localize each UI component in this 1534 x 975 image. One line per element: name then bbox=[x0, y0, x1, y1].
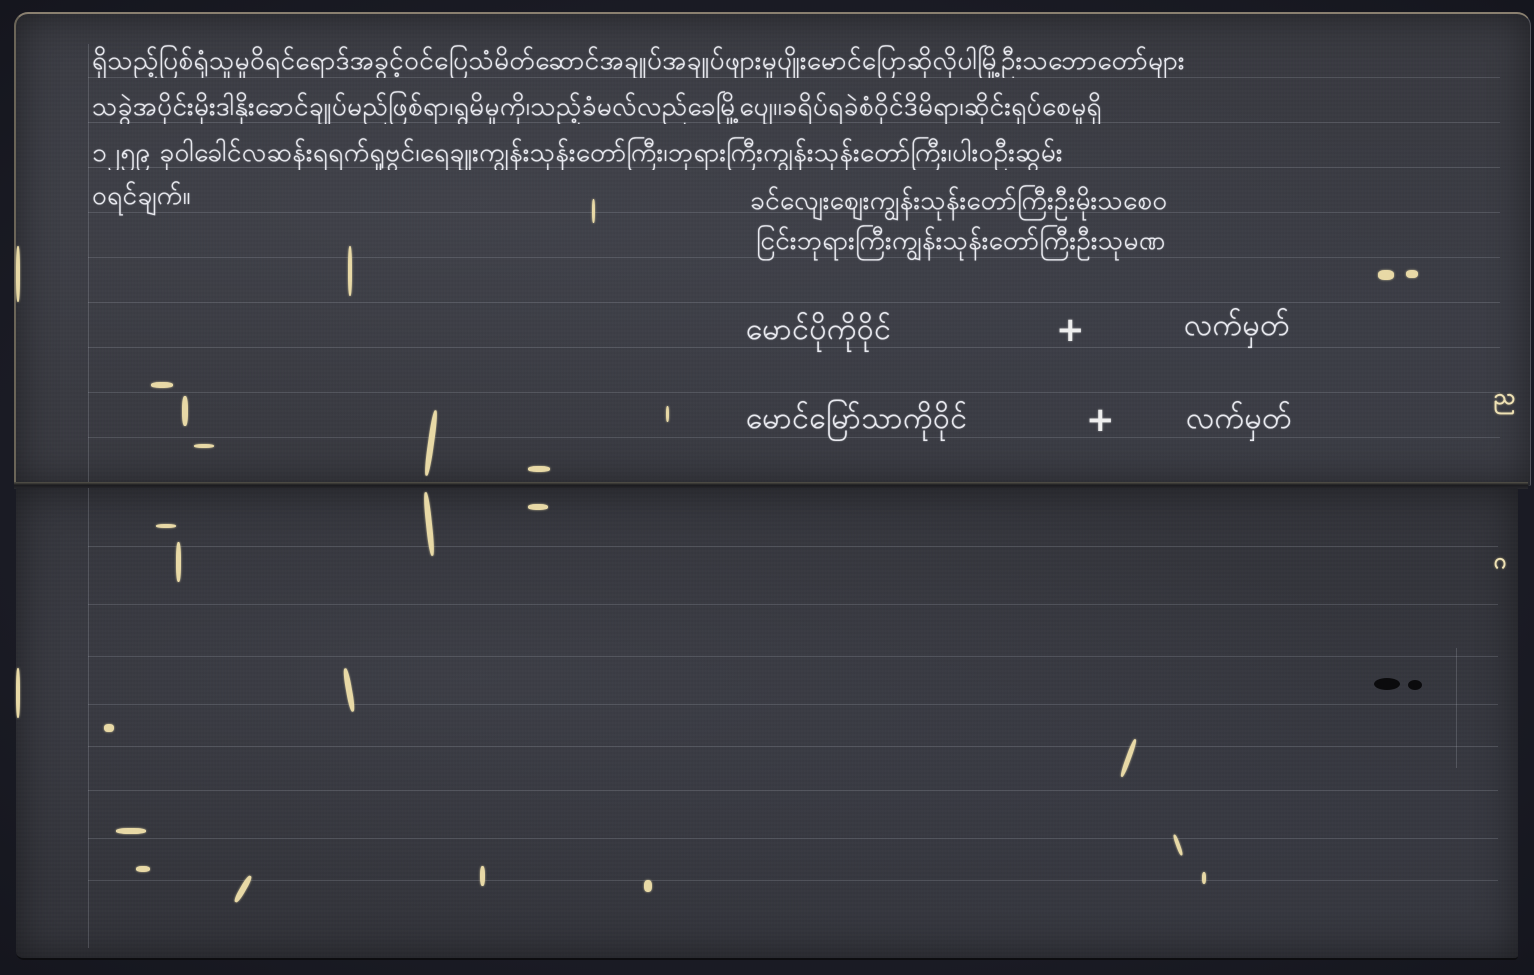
ruled-line bbox=[88, 838, 1498, 839]
damage-spot bbox=[104, 724, 114, 732]
damage-spot bbox=[176, 542, 181, 582]
damage-spot bbox=[480, 866, 485, 886]
damage-spot bbox=[16, 668, 20, 718]
ruled-line bbox=[88, 704, 1498, 705]
damage-spot bbox=[116, 828, 146, 834]
hole bbox=[1408, 680, 1422, 690]
ruled-line bbox=[88, 790, 1498, 791]
ruled-line bbox=[88, 392, 1500, 393]
ruled-line bbox=[88, 656, 1498, 657]
paragraph-line-3: ၁၂၅၉ ခုဝါခေါင်လဆန်းရရက်ရှုဗွင်၊ရေချုးကျွ… bbox=[92, 136, 1437, 170]
paragraph-line-2: သခွဲအပိုင်းမိုးဒါနိုးခောင်ချုပ်မည်ဖြစ်ရာ… bbox=[92, 90, 1437, 124]
damage-spot bbox=[156, 524, 176, 528]
hole bbox=[1374, 678, 1400, 690]
damage-spot bbox=[182, 396, 188, 426]
paragraph-line-4: ဝရင်ချက်။ bbox=[92, 179, 191, 213]
paragraph-line-1: ရှိသည့်ပြစ်ရုံသူမှုဝိရင်ရောဒ်အခွင့်ဝင်ပြ… bbox=[92, 44, 1437, 78]
ruled-line bbox=[88, 302, 1500, 303]
left-margin-rule bbox=[88, 488, 89, 948]
right-margin-rule bbox=[1456, 648, 1457, 768]
entry-1-signature: လက်မှတ် bbox=[1184, 306, 1290, 346]
damage-spot bbox=[1119, 738, 1137, 777]
entry-1-name: မောင်ပိုကိုဝိုင် bbox=[746, 310, 891, 350]
folio-top-panel: ရှိသည့်ပြစ်ရုံသူမှုဝိရင်ရောဒ်အခွင့်ဝင်ပြ… bbox=[14, 12, 1531, 486]
entry-2-cross-mark: + bbox=[1086, 400, 1115, 440]
witness-line-1: ခင်လျေးစျေးကျွန်းသုန်းတော်ကြီးဦးမိုးသစေဝ bbox=[750, 184, 1168, 218]
page-marker-top: ည bbox=[1494, 382, 1515, 415]
entry-1-cross-mark: + bbox=[1056, 310, 1085, 350]
damage-spot bbox=[666, 406, 669, 422]
damage-spot bbox=[592, 199, 595, 223]
witness-line-2: ငြင်းဘုရားကြီးကျွန်းသုန်းတော်ကြီးဦးသုမဏ bbox=[756, 224, 1166, 258]
damage-spot bbox=[233, 875, 253, 904]
entry-2-name: မောင်မြော်သာကိုဝိုင် bbox=[746, 399, 967, 439]
left-margin-rule bbox=[88, 44, 89, 484]
damage-spot bbox=[1378, 270, 1394, 280]
ruled-line bbox=[88, 604, 1498, 605]
damage-spot bbox=[1202, 872, 1206, 884]
damage-spot bbox=[348, 246, 352, 296]
damage-spot bbox=[528, 466, 550, 472]
damage-spot bbox=[136, 866, 150, 872]
damage-spot bbox=[644, 880, 652, 892]
folio-bottom-panel: ဂ bbox=[16, 488, 1518, 960]
damage-spot bbox=[194, 444, 214, 448]
ruled-line bbox=[88, 746, 1498, 747]
ruled-line bbox=[88, 880, 1498, 881]
damage-spot bbox=[16, 246, 20, 302]
entry-2-signature: လက်မှတ် bbox=[1186, 399, 1292, 439]
ruled-line bbox=[88, 546, 1498, 547]
damage-spot bbox=[1406, 270, 1418, 278]
page-marker-bottom: ဂ bbox=[1494, 546, 1507, 579]
damage-spot bbox=[528, 504, 548, 510]
damage-spot bbox=[342, 668, 356, 712]
damage-spot bbox=[423, 410, 438, 476]
damage-spot bbox=[151, 382, 173, 388]
